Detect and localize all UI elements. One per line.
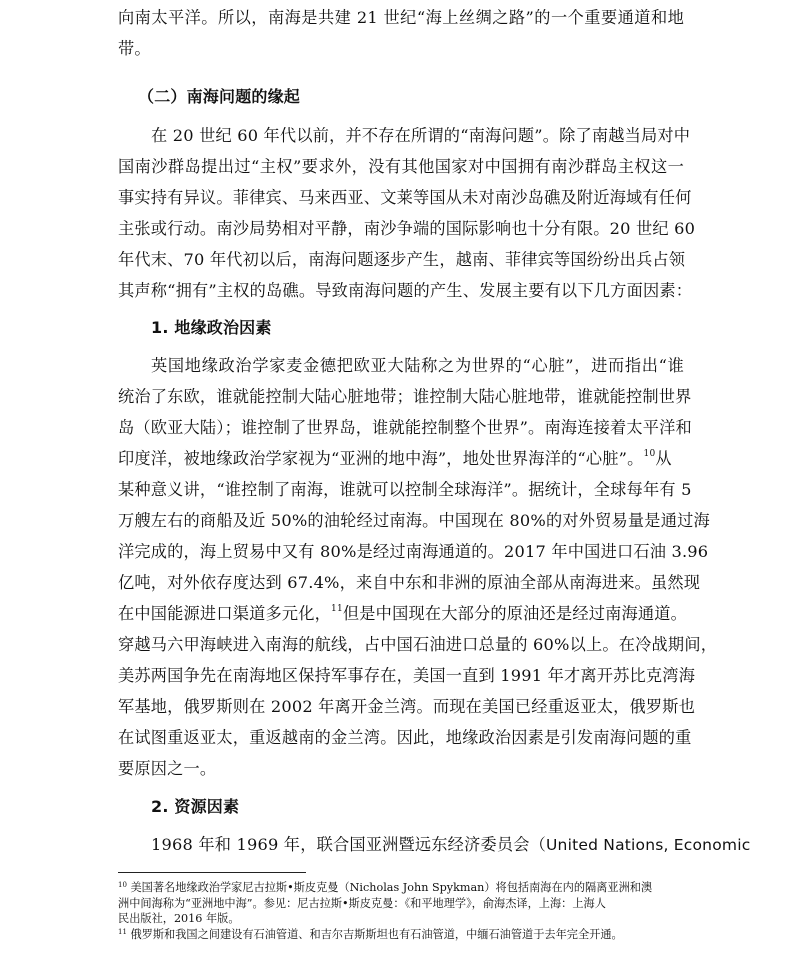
body-text-line: 事实持有异议。菲律宾、马来西亚、文莱等国从未对南沙岛礁及附近海域有任何 xyxy=(118,188,684,208)
body-text-line: 主张或行动。南沙局势相对平静，南沙争端的国际影响也十分有限。20 世纪 60 xyxy=(118,219,684,239)
body-text-line: 穿越马六甲海峡进入南海的航线，占中国石油进口总量的 60%以上。在冷战期间， xyxy=(118,635,684,655)
footnote-line: 民出版社，2016 年版。 xyxy=(118,911,684,927)
footnote-separator xyxy=(118,872,306,873)
body-text-line: 洋完成的，海上贸易中又有 80%是经过南海通道的。2017 年中国进口石油 3.… xyxy=(118,542,684,562)
body-text-line: 统治了东欧，谁就能控制大陆心脏地带；谁控制大陆心脏地带，谁就能控制世界 xyxy=(118,387,684,407)
subheading-resources: 2. 资源因素 xyxy=(151,797,239,817)
body-text-line: 万艘左右的商船及近 50%的油轮经过南海。中国现在 80%的对外贸易量是通过海 xyxy=(118,511,684,531)
body-text-line: 带。 xyxy=(118,39,151,59)
body-text-line: 军基地，俄罗斯则在 2002 年离开金兰湾。而现在美国已经重返亚太，俄罗斯也 xyxy=(118,697,684,717)
body-text-line-with-footnote: 印度洋，被地缘政治学家视为“亚洲的地中海”，地处世界海洋的“心脏”。10从 xyxy=(118,449,684,469)
footnote-11: 11 俄罗斯和我国之间建设有石油管道、和吉尔吉斯斯坦也有石油管道，中缅石油管道于… xyxy=(118,927,684,943)
body-text-line: 年代末、70 年代初以后，南海问题逐步产生，越南、菲律宾等国纷纷出兵占领 xyxy=(118,250,684,270)
body-text-line: 向南太平洋。所以，南海是共建 21 世纪“海上丝绸之路”的一个重要通道和地 xyxy=(118,8,684,28)
body-text-line: 美苏两国争先在南海地区保持军事存在，美国一直到 1991 年才离开苏比克湾海 xyxy=(118,666,684,686)
body-text-line: 某种意义讲，“谁控制了南海，谁就可以控制全球海洋”。据统计，全球每年有 5 xyxy=(118,480,684,500)
body-text-line: 要原因之一。 xyxy=(118,759,216,779)
body-text: 1968 年和 1969 年，联合国亚洲暨远东经济委员会（ xyxy=(151,835,546,854)
body-text-latin: United Nations, Economic xyxy=(546,836,750,854)
footnote-text: 俄罗斯和我国之间建设有石油管道、和吉尔吉斯斯坦也有石油管道，中缅石油管道于去年完… xyxy=(130,928,622,941)
body-text-line: 1968 年和 1969 年，联合国亚洲暨远东经济委员会（United Nati… xyxy=(151,835,750,855)
footnote-ref-11[interactable]: 11 xyxy=(331,604,343,614)
body-text-line: 岛（欧亚大陆）；谁控制了世界岛，谁就能控制整个世界”。南海连接着太平洋和 xyxy=(118,418,684,438)
footnote-ref-10[interactable]: 10 xyxy=(644,449,656,459)
footnote-line: 10 美国著名地缘政治学家尼古拉斯•斯皮克曼（Nicholas John Spy… xyxy=(118,880,684,896)
body-text-line: 在 20 世纪 60 年代以前，并不存在所谓的“南海问题”。除了南越当局对中 xyxy=(151,126,684,146)
body-text: 在中国能源进口渠道多元化， xyxy=(118,604,331,623)
subheading-geopolitics: 1. 地缘政治因素 xyxy=(151,318,272,338)
footnote-10: 10 美国著名地缘政治学家尼古拉斯•斯皮克曼（Nicholas John Spy… xyxy=(118,880,684,927)
section-heading: （二）南海问题的缘起 xyxy=(138,87,300,107)
footnote-line: 11 俄罗斯和我国之间建设有石油管道、和吉尔吉斯斯坦也有石油管道，中缅石油管道于… xyxy=(118,927,684,943)
footnote-line: 洲中间海称为“亚洲地中海”。参见：尼古拉斯•斯皮克曼：《和平地理学》，俞海杰译，… xyxy=(118,896,684,912)
body-text-line-with-footnote: 在中国能源进口渠道多元化，11但是中国现在大部分的原油还是经过南海通道。 xyxy=(118,604,684,624)
body-text-line: 在试图重返亚太，重返越南的金兰湾。因此，地缘政治因素是引发南海问题的重 xyxy=(118,728,684,748)
footnote-text: 美国著名地缘政治学家尼古拉斯•斯皮克曼（Nicholas John Spykma… xyxy=(130,881,652,894)
body-text: 印度洋，被地缘政治学家视为“亚洲的地中海”，地处世界海洋的“心脏”。 xyxy=(118,449,644,468)
footnote-number: 11 xyxy=(118,928,127,936)
body-text-line: 英国地缘政治学家麦金德把欧亚大陆称之为世界的“心脏”，进而指出“谁 xyxy=(151,356,684,376)
body-text-line: 亿吨，对外依存度达到 67.4%，来自中东和非洲的原油全部从南海进来。虽然现 xyxy=(118,573,684,593)
body-text-line: 其声称“拥有”主权的岛礁。导致南海问题的产生、发展主要有以下几方面因素： xyxy=(118,281,684,301)
body-text-line: 国南沙群岛提出过“主权”要求外，没有其他国家对中国拥有南沙群岛主权这一 xyxy=(118,157,684,177)
footnote-number: 10 xyxy=(118,881,127,889)
body-text: 但是中国现在大部分的原油还是经过南海通道。 xyxy=(343,604,687,623)
body-text: 从 xyxy=(655,449,671,468)
